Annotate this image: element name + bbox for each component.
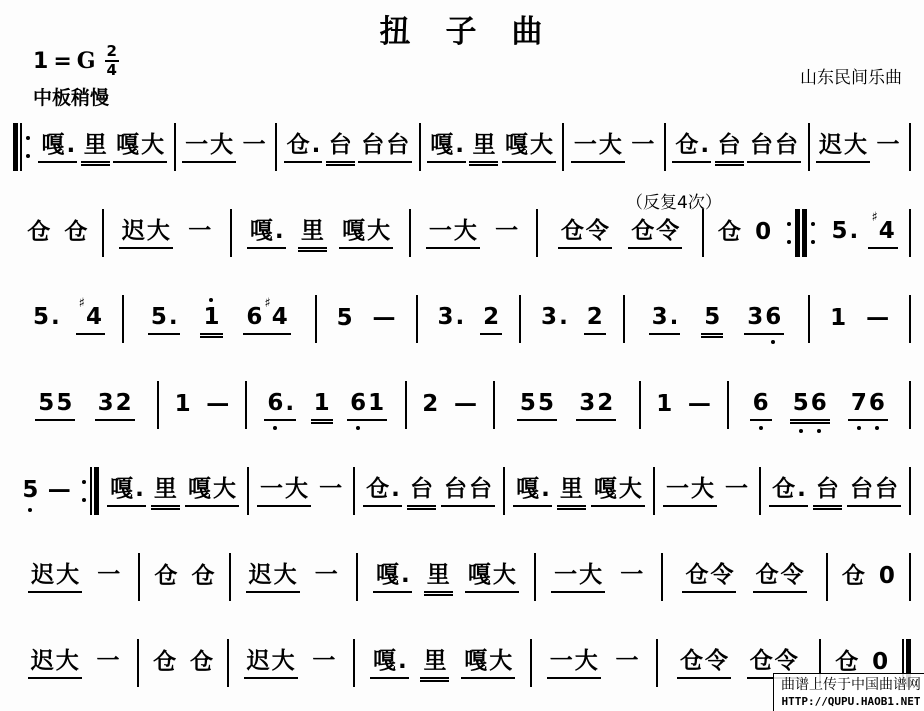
measure: 仓0 (707, 218, 783, 247)
octave-dot-low (799, 429, 803, 433)
barline (519, 295, 521, 343)
bar-line (702, 209, 704, 257)
barline (353, 639, 355, 687)
note: 3 (436, 304, 454, 330)
augmentation-dot: . (312, 132, 321, 158)
bar-line (808, 295, 810, 343)
note: 5 (519, 390, 537, 416)
bar-line (409, 209, 411, 257)
octave-dot-low (356, 426, 360, 430)
note-group: 一 (874, 131, 903, 160)
note-group: — (451, 390, 480, 419)
note: 令 (709, 562, 734, 588)
note: 2 (586, 304, 604, 330)
note-group: 一大 (663, 475, 717, 506)
score-line: 55321—6.1612—55321—65676 (0, 362, 924, 448)
note-group: 一大 (426, 217, 480, 248)
note-group: 仓. (284, 131, 323, 162)
note-group: 嘎. (427, 131, 466, 162)
note-group: — (45, 476, 74, 505)
note: 仓 (63, 219, 88, 245)
augmentation-dot: . (797, 476, 806, 502)
note-group: 56 (790, 389, 830, 420)
note: 台 (468, 476, 493, 502)
barline (20, 123, 22, 171)
bar-line (245, 381, 247, 429)
note-group: 嘎. (370, 647, 409, 678)
note: 里 (559, 476, 584, 502)
measure: 仓仓 (16, 218, 99, 247)
augmentation-dot: . (559, 304, 568, 330)
note: 迟 (246, 648, 271, 674)
measure: 5— (16, 476, 77, 505)
note: 6 (868, 390, 886, 416)
note: 一 (573, 132, 598, 158)
note: 大 (598, 132, 623, 158)
measure: 迟大一 (16, 561, 135, 592)
note-group: 61 (347, 389, 387, 420)
measure: 5.♯4 (16, 303, 119, 334)
measure: 仓.台台台 (764, 475, 906, 506)
bar-line (137, 639, 139, 687)
note: 仓 (365, 476, 390, 502)
note: 台 (749, 132, 774, 158)
measure: 仓仓 (143, 562, 225, 591)
augmentation-dot: . (391, 476, 400, 502)
barline (727, 381, 729, 429)
note-group: ♯4 (868, 217, 897, 248)
note: 仓 (630, 218, 655, 244)
augmentation-dot: . (401, 562, 410, 588)
note: 大 (529, 132, 554, 158)
note: 嘎 (375, 562, 400, 588)
score-line: 嘎.里嘎大一大一仓.台台台嘎.里嘎大一大一仓.台台台迟大一 (0, 104, 924, 190)
note: ♯4 (78, 304, 103, 330)
augmentation-dot: . (850, 218, 859, 244)
note: 嘎 (249, 218, 274, 244)
note: 一 (96, 648, 121, 674)
bar-line (562, 123, 564, 171)
note-group: 里 (81, 131, 110, 162)
note-group: 3. (434, 303, 466, 332)
bar-line (419, 123, 421, 171)
score: 嘎.里嘎大一大一仓.台台台嘎.里嘎大一大一仓.台台台迟大一仓仓迟大一嘎.里嘎大一… (0, 104, 924, 706)
note: 2 (421, 391, 439, 417)
note: 仓 (26, 219, 51, 245)
barline (13, 123, 18, 171)
bar-line (759, 467, 761, 515)
augmentation-dot: . (275, 218, 284, 244)
barline (562, 123, 564, 171)
bar-line (227, 639, 229, 687)
note: 令 (704, 648, 729, 674)
measure: 一大一 (658, 475, 756, 506)
note: 仓 (153, 563, 178, 589)
augmentation-dot: . (135, 476, 144, 502)
bar-line (909, 381, 911, 429)
note: 仓 (152, 649, 177, 675)
note: 一 (184, 132, 209, 158)
note-group: — (370, 304, 399, 333)
note-group: 嘎大 (185, 475, 239, 506)
barline (138, 553, 140, 601)
note: 一 (314, 562, 339, 588)
note: 一 (630, 132, 655, 158)
bar-line (230, 209, 232, 257)
note-group: 一 (628, 131, 657, 160)
note-group: 2 (584, 303, 606, 334)
bar-line (909, 553, 911, 601)
note-group: 一 (492, 217, 521, 246)
note-group: 里 (298, 217, 327, 248)
measure: 一大一 (414, 217, 534, 248)
bar-end-repeat (80, 467, 99, 515)
note: 一 (553, 562, 578, 588)
barline (826, 553, 828, 601)
bar-line (405, 381, 407, 429)
note: 仓 (189, 649, 214, 675)
sharp-icon: ♯ (871, 210, 877, 225)
note: 台 (774, 132, 799, 158)
note: 2 (596, 390, 614, 416)
note-group: 一 (613, 647, 642, 676)
note-group: 里 (151, 475, 180, 506)
note: 迟 (818, 132, 843, 158)
note: 嘎 (40, 132, 65, 158)
augmentation-dot: . (285, 390, 294, 416)
barline (664, 123, 666, 171)
note: 一 (259, 476, 284, 502)
note-group: 1 (311, 389, 333, 420)
repeat-dots-icon (811, 222, 815, 244)
note: 一 (665, 476, 690, 502)
measure: 6.161 (250, 389, 402, 420)
bar-line (353, 467, 355, 515)
note-group: 台 (326, 131, 355, 162)
note: 6 (810, 390, 828, 416)
note-group: 仓令 (558, 217, 612, 248)
note-group: 仓 (187, 648, 216, 677)
note: 6 (752, 390, 770, 416)
barline (802, 209, 807, 257)
key-letter: G (77, 48, 96, 74)
note: 2 (482, 304, 500, 330)
score-line: 5—嘎.里嘎大一大一仓.台台台嘎.里嘎大一大一仓.台台台 (0, 448, 924, 534)
watermark-box: 曲谱上传于中国曲谱网 HTTP://QUPU.HAOB1.NET (773, 673, 924, 711)
bar-line (909, 295, 911, 343)
note-group: 仓 (715, 218, 744, 247)
barline (808, 295, 810, 343)
measure: 2— (410, 390, 490, 419)
note-group: 台台 (847, 475, 901, 506)
note: 里 (153, 476, 178, 502)
note: 5 (537, 390, 555, 416)
note: 台 (409, 476, 434, 502)
note-group: 5. (148, 303, 180, 334)
note-group: 仓 (150, 648, 179, 677)
note: 5 (150, 304, 168, 330)
barline (122, 295, 124, 343)
note-group: 1 (200, 303, 222, 334)
time-signature: 2 4 (105, 44, 119, 78)
note: 大 (55, 562, 80, 588)
key-tonic: 1 (33, 49, 48, 74)
note-group: 迟大 (816, 131, 870, 162)
note-group: 1 (653, 390, 675, 419)
note: 一 (96, 562, 121, 588)
note: 1 (174, 391, 192, 417)
bar-line (315, 295, 317, 343)
note-group: 6 (750, 389, 772, 420)
bar-line (639, 381, 641, 429)
note: 6 (245, 304, 263, 330)
bar-line (530, 639, 532, 687)
note: — (865, 305, 890, 331)
measure: 3.2 (524, 303, 620, 334)
note: 6 (764, 304, 782, 330)
barline (419, 123, 421, 171)
barline (656, 639, 658, 687)
measure: 65676 (732, 389, 906, 420)
note: 嘎 (115, 132, 140, 158)
barline (157, 381, 159, 429)
note-group: 仓 (188, 562, 217, 591)
note: 1 (367, 390, 385, 416)
note: 台 (849, 476, 874, 502)
note: 仓 (841, 563, 866, 589)
note-group: — (863, 304, 892, 333)
note-group: 一 (94, 561, 123, 590)
note: 嘎 (463, 648, 488, 674)
note: 3 (651, 304, 669, 330)
note: 里 (83, 132, 108, 158)
note: 5 (831, 218, 849, 244)
note-group: 一 (312, 561, 341, 590)
octave-dot-low (771, 340, 775, 344)
note: 迟 (30, 562, 55, 588)
note-group: 仓. (363, 475, 402, 506)
note-group: 仓令 (628, 217, 682, 248)
note: 一 (494, 218, 519, 244)
measure: 5532 (498, 389, 636, 420)
barline (102, 209, 104, 257)
barline (536, 209, 538, 257)
bar-line (909, 123, 911, 171)
note: 一 (549, 648, 574, 674)
note-group: 嘎大 (461, 647, 515, 678)
barline (534, 553, 536, 601)
note: 1 (829, 305, 847, 331)
barline (493, 381, 495, 429)
note-group: 里 (424, 561, 453, 592)
note: — (453, 391, 478, 417)
bar-line (247, 467, 249, 515)
octave-dot-high (209, 298, 213, 302)
note-group: 5. (30, 303, 62, 332)
note: 一 (619, 562, 644, 588)
bar-line (503, 467, 505, 515)
note: 里 (422, 648, 447, 674)
measure: 一大一 (535, 647, 653, 678)
repeat-dots-icon (787, 222, 791, 244)
augmentation-dot: . (398, 648, 407, 674)
note: 大 (690, 476, 715, 502)
octave-dot-low (857, 426, 861, 430)
note: 2 (115, 390, 133, 416)
note-group: 55 (35, 389, 75, 420)
measure: 5— (320, 304, 413, 333)
note: 大 (271, 648, 296, 674)
note: 里 (426, 562, 451, 588)
measure: 一大一 (252, 475, 350, 506)
measure: 嘎.里嘎大 (508, 475, 650, 506)
note: 大 (212, 476, 237, 502)
note: 仓 (717, 219, 742, 245)
page-title: 扭 子 曲 (0, 6, 924, 51)
note: 一 (615, 648, 640, 674)
note: 台 (360, 132, 385, 158)
key-signature: 1=G 2 4 (33, 44, 119, 78)
barline (409, 209, 411, 257)
barline (795, 209, 800, 257)
measure: 仓.台台台 (669, 131, 805, 162)
note-group: 台 (813, 475, 842, 506)
measure: 1— (813, 304, 906, 333)
sharp-icon: ♯ (79, 296, 85, 311)
note: 台 (874, 476, 899, 502)
measure: 仓0 (831, 562, 906, 591)
measure: 仓.台台台 (358, 475, 500, 506)
note-group: 仓令 (753, 561, 807, 592)
barline (909, 295, 911, 343)
note: 大 (55, 648, 80, 674)
bar-line (909, 467, 911, 515)
note-group: 6. (264, 389, 296, 420)
octave-dot-low (817, 429, 821, 433)
augmentation-dot: . (51, 304, 60, 330)
note-group: 里 (557, 475, 586, 506)
bar-line (909, 209, 911, 257)
note: 仓 (684, 562, 709, 588)
note: 3 (97, 390, 115, 416)
note-group: 76 (848, 389, 888, 420)
bar-line (416, 295, 418, 343)
note-group: 一大 (571, 131, 625, 162)
measure: 3.2 (421, 303, 517, 334)
measure: 嘎.里嘎大 (424, 131, 560, 162)
note: 大 (492, 562, 517, 588)
note-group: 3. (538, 303, 570, 332)
note-group: 嘎. (38, 131, 77, 162)
note: 令 (780, 562, 805, 588)
note: 3 (746, 304, 764, 330)
barline (227, 639, 229, 687)
note: 3 (578, 390, 596, 416)
key-equals: = (53, 49, 71, 74)
note: — (687, 391, 712, 417)
note: 一 (187, 218, 212, 244)
note: 3 (540, 304, 558, 330)
barline (530, 639, 532, 687)
note: 一 (318, 476, 343, 502)
note: 仓 (190, 563, 215, 589)
note-group: 嘎大 (113, 131, 167, 162)
note: 一 (876, 132, 901, 158)
bar-line (229, 553, 231, 601)
note: 1 (202, 304, 220, 330)
note-group: 嘎. (513, 475, 552, 506)
measure: 仓仓 (142, 648, 224, 677)
note-group: 仓 (151, 562, 180, 591)
note: 台 (815, 476, 840, 502)
measure: 迟大一 (234, 561, 353, 592)
measure: 迟大一 (813, 131, 906, 162)
note-group: 嘎大 (502, 131, 556, 162)
note: 嘎 (341, 218, 366, 244)
augmentation-dot: . (670, 304, 679, 330)
note-group: 仓 (24, 218, 53, 247)
note: 大 (366, 218, 391, 244)
note-group: 一 (722, 475, 751, 504)
note: 一 (242, 132, 267, 158)
composer-credit: 山东民间乐曲 (800, 63, 902, 88)
note-group: 台 (407, 475, 436, 506)
note-group: 台 (715, 131, 744, 162)
measure: 迟大一 (16, 647, 134, 678)
barline (229, 553, 231, 601)
measure: 迟大一 (232, 647, 350, 678)
note: 仓 (679, 648, 704, 674)
measure: 仓.台台台 (280, 131, 416, 162)
note-group: 1 (827, 304, 849, 333)
measure: 一大一 (179, 131, 272, 162)
watermark-text: 曲谱上传于中国曲谱网 (781, 677, 921, 695)
note: 台 (717, 132, 742, 158)
note-group: 仓 (61, 218, 90, 247)
barline (909, 467, 911, 515)
note-group: 仓令 (682, 561, 736, 592)
bar-line (653, 467, 655, 515)
octave-dot-low (759, 426, 763, 430)
bar-line (138, 553, 140, 601)
note-group: 一 (240, 131, 269, 160)
note: 令 (774, 648, 799, 674)
note-group: 仓. (672, 131, 711, 162)
barline (909, 209, 911, 257)
note: 大 (209, 132, 234, 158)
barline (909, 123, 911, 171)
note-group: 嘎大 (591, 475, 645, 506)
note: 大 (453, 218, 478, 244)
note-group: 5 (701, 303, 723, 334)
note-group: 5 (19, 476, 41, 505)
note-group: 36 (744, 303, 784, 334)
barline (639, 381, 641, 429)
augmentation-dot: . (455, 132, 464, 158)
note-group: 6♯4 (243, 303, 290, 334)
augmentation-dot: . (66, 132, 75, 158)
note-group: 嘎大 (465, 561, 519, 592)
note: — (47, 477, 72, 503)
measure: 仓令仓令 (541, 217, 698, 248)
measure: 5.♯4 (820, 217, 906, 248)
bar-line (493, 381, 495, 429)
note: 6 (266, 390, 284, 416)
note: 7 (850, 390, 868, 416)
note-group: 一大 (551, 561, 605, 592)
note: 嘎 (372, 648, 397, 674)
bar-line (727, 381, 729, 429)
